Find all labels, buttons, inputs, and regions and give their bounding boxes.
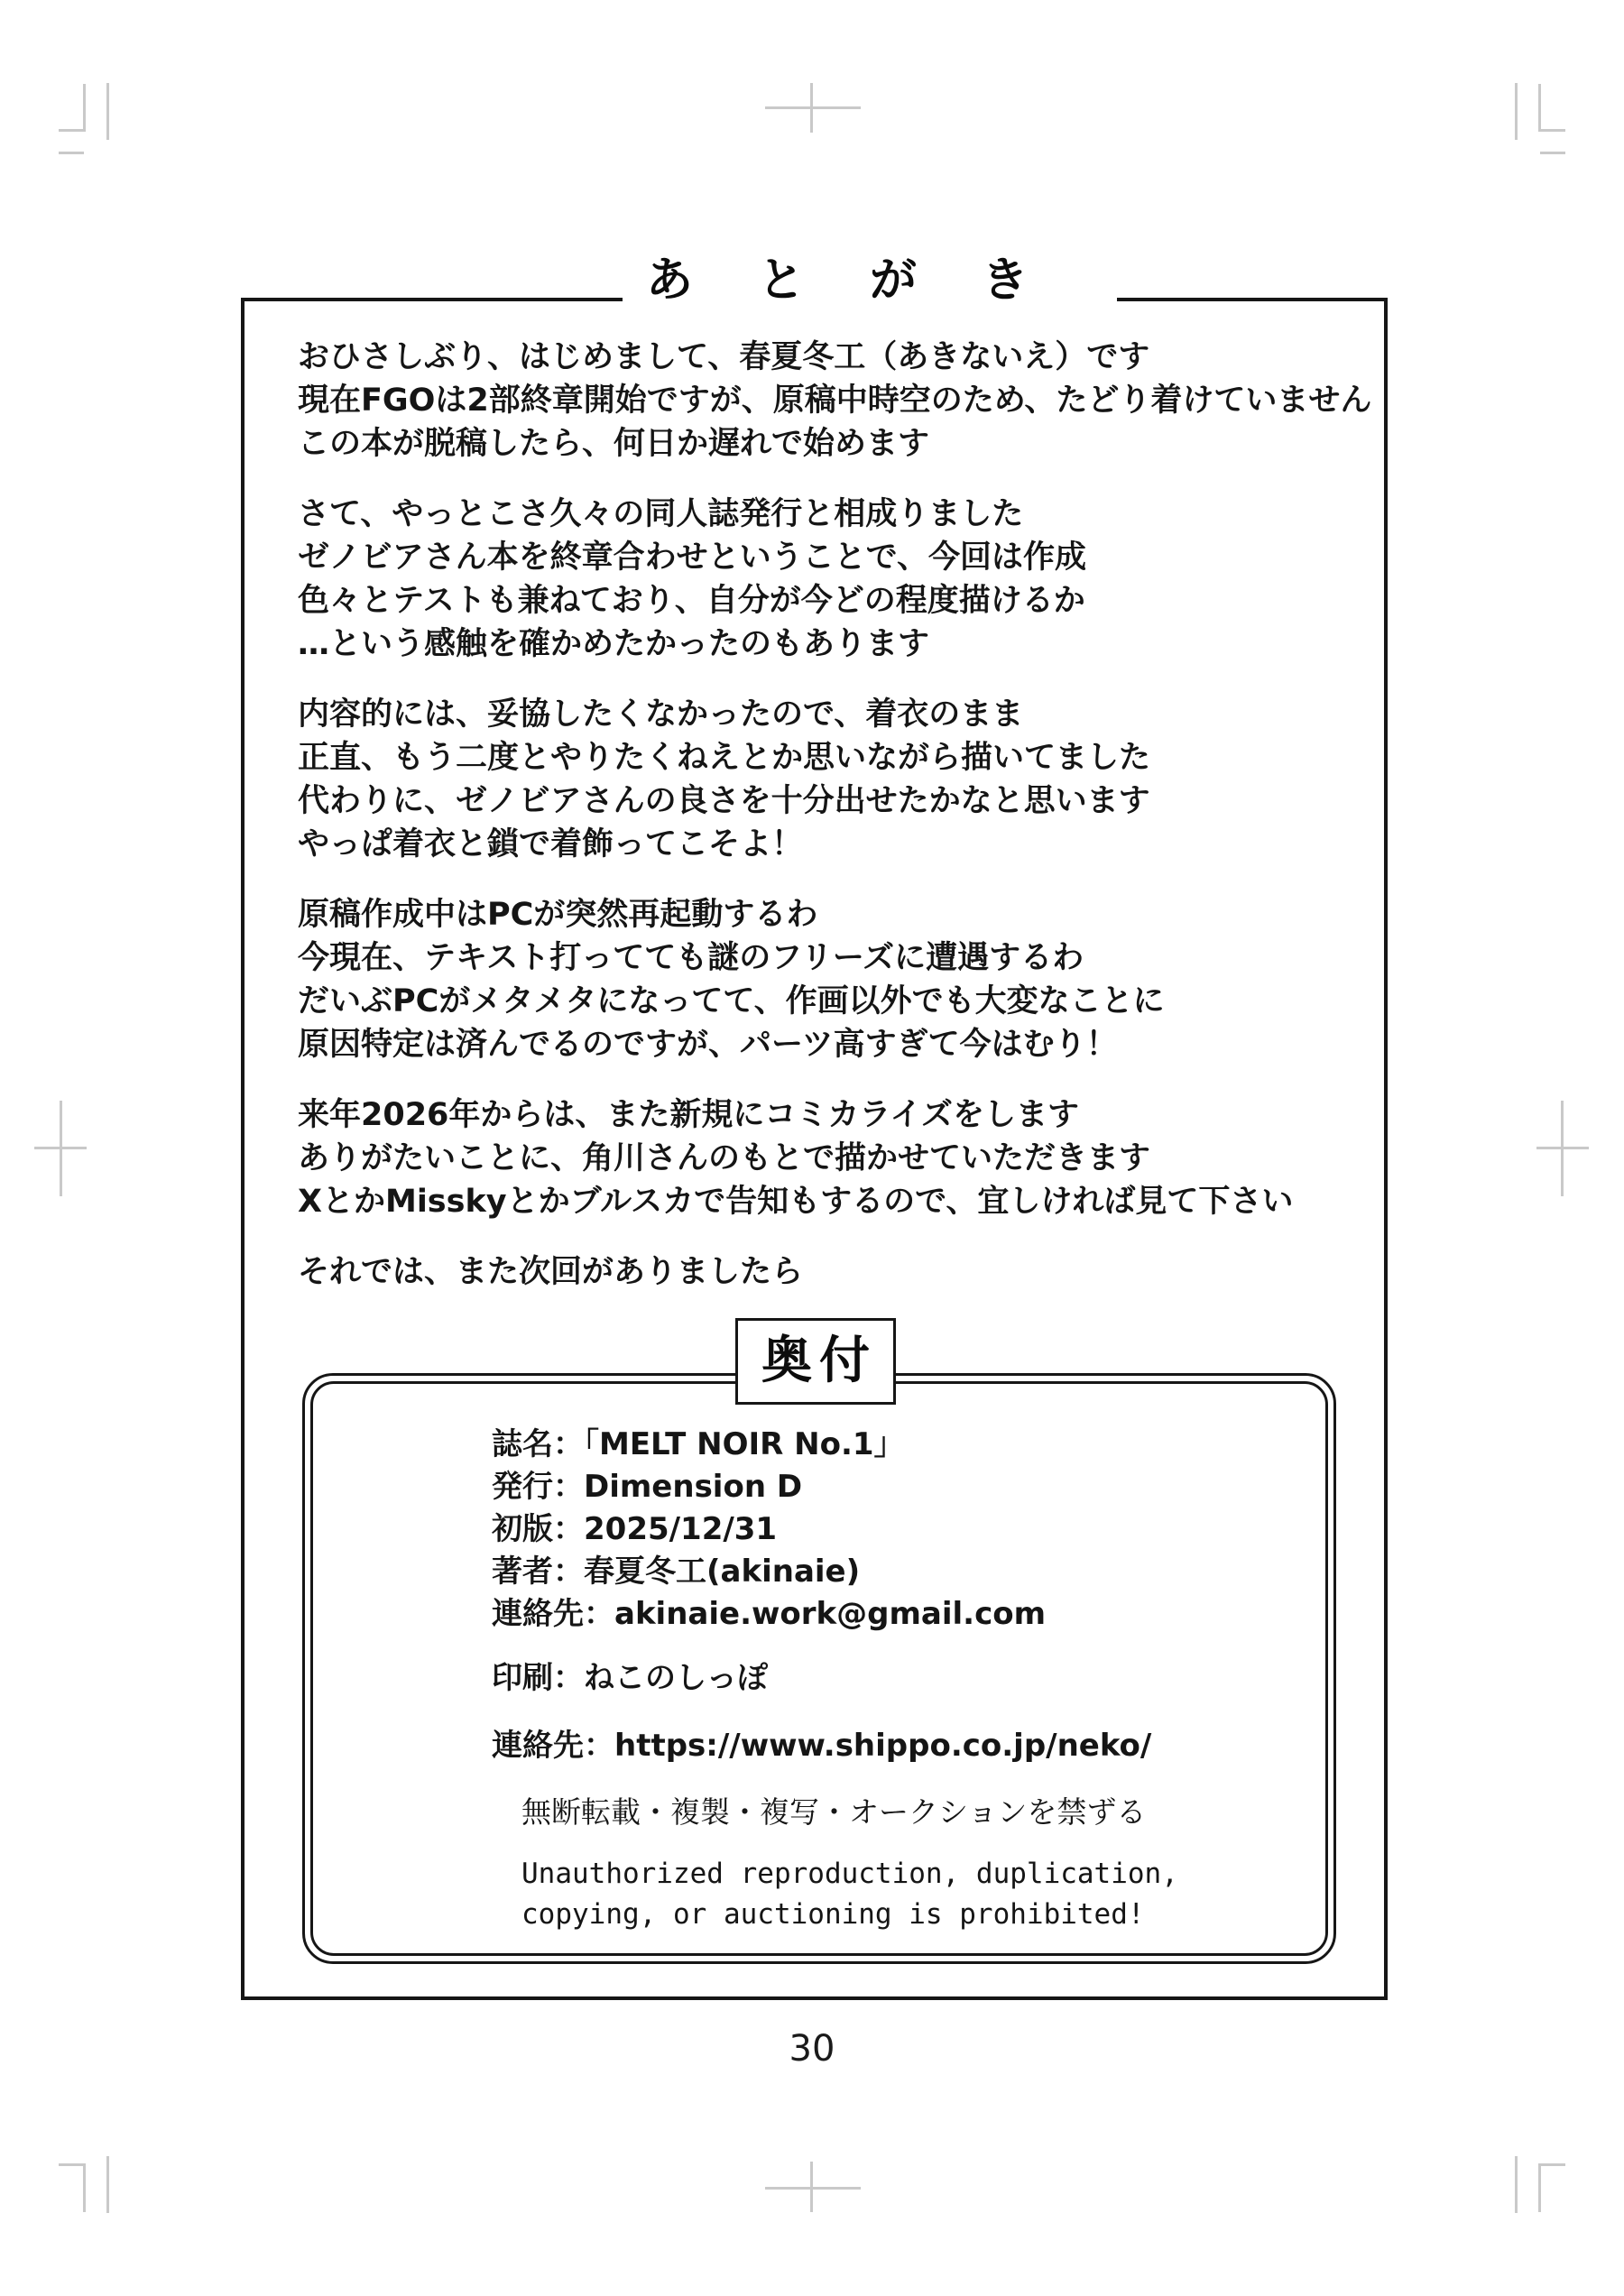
body-line: 今現在、テキスト打ってても謎のフリーズに遭遇するわ bbox=[298, 936, 1380, 980]
body-line: それでは、また次回がありましたら bbox=[298, 1250, 1380, 1294]
colophon-label: 奥付 bbox=[735, 1318, 896, 1405]
colophon-content: 誌名：「MELT NOIR No.1」 発行：Dimension D 初版：20… bbox=[492, 1424, 1331, 1935]
body-line: ゼノビアさん本を終章合わせということで、今回は作成 bbox=[298, 536, 1380, 579]
body-line: 原稿作成中はPCが突然再起動するわ bbox=[298, 893, 1380, 936]
copyright-notice-ja: 無断転載・複製・複写・オークションを禁ずる bbox=[521, 1793, 1331, 1832]
body-line: 原因特定は済んでるのですが、パーツ高すぎて今はむり！ bbox=[298, 1023, 1380, 1066]
body-line: この本が脱稿したら、何日か遅れで始めます bbox=[298, 422, 1380, 466]
copyright-notice-en-line1: Unauthorized reproduction, duplication, bbox=[521, 1854, 1331, 1895]
body-line: 現在FGOは2部終章開始ですが、原稿中時空のため、たどり着けていません bbox=[298, 379, 1380, 422]
afterword-page: { "page": { "title": "あとがき", "page_numbe… bbox=[0, 0, 1624, 2296]
body-line: さて、やっとこさ久々の同人誌発行と相成りました bbox=[298, 493, 1380, 536]
body-line: …という感触を確かめたかったのもあります bbox=[298, 622, 1380, 666]
body-line: 来年2026年からは、また新規にコミカライズをします bbox=[298, 1093, 1380, 1137]
paragraph: おひさしぶり、はじめまして、春夏冬工（あきないえ）です 現在FGOは2部終章開始… bbox=[298, 336, 1380, 466]
page-number: 30 bbox=[0, 2028, 1624, 2070]
paragraph: さて、やっとこさ久々の同人誌発行と相成りました ゼノビアさん本を終章合わせという… bbox=[298, 493, 1380, 666]
body-line: やっぱ着衣と鎖で着飾ってこそよ！ bbox=[298, 823, 1380, 866]
body-line: 内容的には、妥協したくなかったので、着衣のまま bbox=[298, 693, 1380, 736]
body-line: 正直、もう二度とやりたくねえとか思いながら描いてました bbox=[298, 736, 1380, 779]
copyright-notice-en-line2: copying, or auctioning is prohibited! bbox=[521, 1895, 1331, 1935]
body-line: 代わりに、ゼノビアさんの良さを十分出せたかなと思います bbox=[298, 779, 1380, 823]
colophon-author-line: 著者：春夏冬工(akinaie) bbox=[492, 1551, 1331, 1593]
colophon-edition-line: 初版：2025/12/31 bbox=[492, 1508, 1331, 1551]
body-line: だいぶPCがメタメタになってて、作画以外でも大変なことに bbox=[298, 980, 1380, 1023]
body-line: XとかMisskyとかブルスカで告知もするので、宜しければ見て下さい bbox=[298, 1180, 1380, 1223]
paragraph: それでは、また次回がありましたら bbox=[298, 1250, 1380, 1294]
colophon-printer-contact-line: 連絡先：https://www.shippo.co.jp/neko/ bbox=[492, 1725, 1331, 1767]
page-title: あとがき bbox=[623, 242, 1117, 309]
colophon-title-line: 誌名：「MELT NOIR No.1」 bbox=[492, 1424, 1331, 1466]
body-line: 色々とテストも兼ねており、自分が今どの程度描けるか bbox=[298, 579, 1380, 622]
colophon-printer-line: 印刷：ねこのしっぽ bbox=[492, 1657, 1331, 1700]
body-line: ありがたいことに、角川さんのもとで描かせていただきます bbox=[298, 1137, 1380, 1180]
colophon-publisher-line: 発行：Dimension D bbox=[492, 1466, 1331, 1508]
paragraph: 内容的には、妥協したくなかったので、着衣のまま 正直、もう二度とやりたくねえとか… bbox=[298, 693, 1380, 866]
afterword-body: おひさしぶり、はじめまして、春夏冬工（あきないえ）です 現在FGOは2部終章開始… bbox=[298, 336, 1380, 1321]
paragraph: 来年2026年からは、また新規にコミカライズをします ありがたいことに、角川さん… bbox=[298, 1093, 1380, 1223]
paragraph: 原稿作成中はPCが突然再起動するわ 今現在、テキスト打ってても謎のフリーズに遭遇… bbox=[298, 893, 1380, 1066]
colophon-contact-line: 連絡先：akinaie.work@gmail.com bbox=[492, 1593, 1331, 1636]
body-line: おひさしぶり、はじめまして、春夏冬工（あきないえ）です bbox=[298, 336, 1380, 379]
